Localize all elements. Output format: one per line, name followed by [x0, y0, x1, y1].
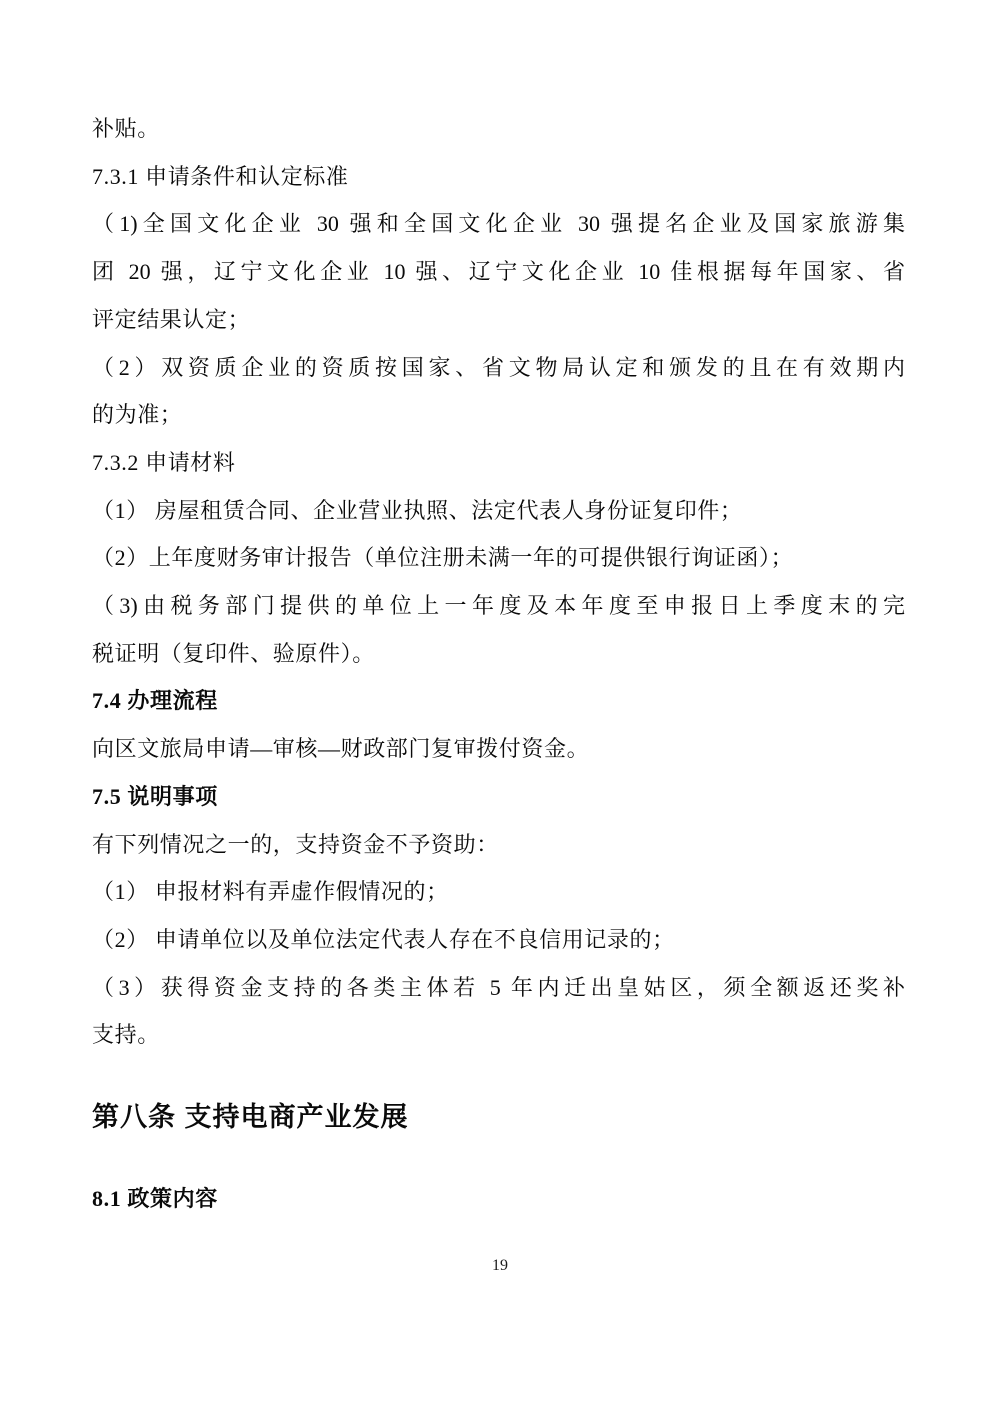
body-line: （2）上年度财务审计报告（单位注册未满一年的可提供银行询证函）；	[92, 534, 905, 582]
body-line: 评定结果认定；	[92, 296, 905, 344]
body-line: 团 20 强，辽宁文化企业 10 强、辽宁文化企业 10 佳根据每年国家、省	[92, 248, 905, 296]
section-heading: 8.1 政策内容	[92, 1175, 905, 1223]
body-line: 7.3.2 申请材料	[92, 439, 905, 487]
body-line: （3)由税务部门提供的单位上一年度及本年度至申报日上季度末的完	[92, 582, 905, 630]
body-line: 税证明（复印件、验原件）。	[92, 630, 905, 678]
body-line: 补贴。	[92, 105, 905, 153]
body-line: （2） 申请单位以及单位法定代表人存在不良信用记录的；	[92, 916, 905, 964]
chapter-heading: 第八条 支持电商产业发展	[92, 1097, 905, 1137]
body-line: 支持。	[92, 1011, 905, 1059]
body-line: 向区文旅局申请—审核—财政部门复审拨付资金。	[92, 725, 905, 773]
page-number: 19	[0, 1257, 1000, 1275]
body-line: 有下列情况之一的，支持资金不予资助：	[92, 821, 905, 869]
section-heading: 7.4 办理流程	[92, 677, 905, 725]
document-page: 补贴。7.3.1 申请条件和认定标准（1)全国文化企业 30 强和全国文化企业 …	[0, 0, 1000, 1413]
body-line: 7.3.1 申请条件和认定标准	[92, 153, 905, 201]
section-heading: 7.5 说明事项	[92, 773, 905, 821]
body-line: 的为准；	[92, 391, 905, 439]
body-line: （1)全国文化企业 30 强和全国文化企业 30 强提名企业及国家旅游集	[92, 200, 905, 248]
body-line: （1） 房屋租赁合同、企业营业执照、法定代表人身份证复印件；	[92, 487, 905, 535]
document-body: 补贴。7.3.1 申请条件和认定标准（1)全国文化企业 30 强和全国文化企业 …	[92, 105, 905, 1223]
body-line: （2）双资质企业的资质按国家、省文物局认定和颁发的且在有效期内	[92, 344, 905, 392]
body-line: （1） 申报材料有弄虚作假情况的；	[92, 868, 905, 916]
body-line: （3）获得资金支持的各类主体若 5 年内迁出皇姑区，须全额返还奖补	[92, 964, 905, 1012]
